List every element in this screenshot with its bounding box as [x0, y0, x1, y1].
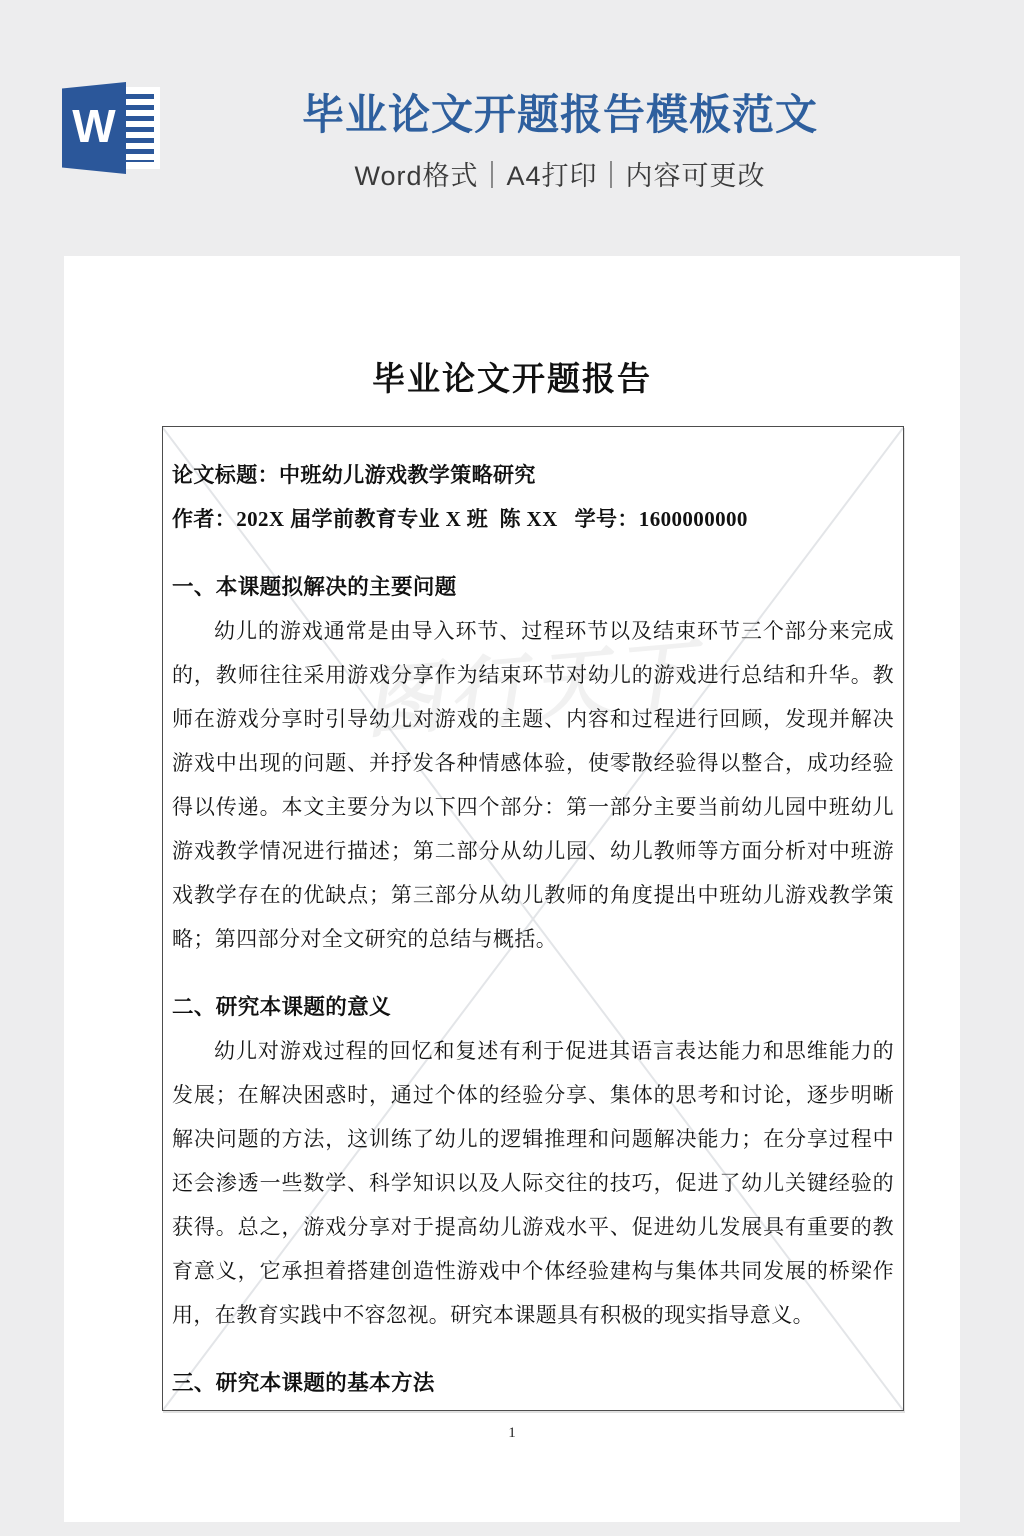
word-icon: W	[62, 82, 162, 174]
section-2-body: 幼儿对游戏过程的回忆和复述有利于促进其语言表达能力和思维能力的发展；在解决困惑时…	[172, 1029, 894, 1337]
word-icon-letter: W	[72, 103, 115, 153]
thesis-title-line: 论文标题：中班幼儿游戏教学策略研究	[172, 453, 894, 497]
author-line: 作者：202X 届学前教育专业 X 班 陈 XX 学号：1600000000	[172, 497, 894, 541]
site-header: W 毕业论文开题报告模板范文 Word格式｜A4打印｜内容可更改	[0, 0, 1024, 256]
word-icon-panel: W	[62, 82, 126, 174]
section-1-body: 幼儿的游戏通常是由导入环节、过程环节以及结束环节三个部分来完成的，教师往往采用游…	[172, 609, 894, 961]
box-content: 论文标题：中班幼儿游戏教学策略研究 作者：202X 届学前教育专业 X 班 陈 …	[172, 453, 894, 1405]
content-box: 图行天下 论文标题：中班幼儿游戏教学策略研究 作者：202X 届学前教育专业 X…	[162, 426, 904, 1411]
header-text-block: 毕业论文开题报告模板范文 Word格式｜A4打印｜内容可更改	[160, 0, 960, 193]
template-subtitle: Word格式｜A4打印｜内容可更改	[160, 154, 960, 193]
template-title: 毕业论文开题报告模板范文	[160, 90, 960, 140]
document-page: 毕业论文开题报告 图行天下 论文标题：中班幼儿游戏教学策略研究 作者：202X …	[64, 256, 960, 1522]
section-2-heading: 二、研究本课题的意义	[172, 985, 894, 1029]
section-1-heading: 一、本课题拟解决的主要问题	[172, 565, 894, 609]
template-preview-page: { "header": { "title": "毕业论文开题报告模板范文", "…	[0, 0, 1024, 1536]
page-number: 1	[64, 1425, 960, 1442]
section-3-heading: 三、研究本课题的基本方法	[172, 1361, 894, 1405]
document-title: 毕业论文开题报告	[64, 356, 960, 404]
